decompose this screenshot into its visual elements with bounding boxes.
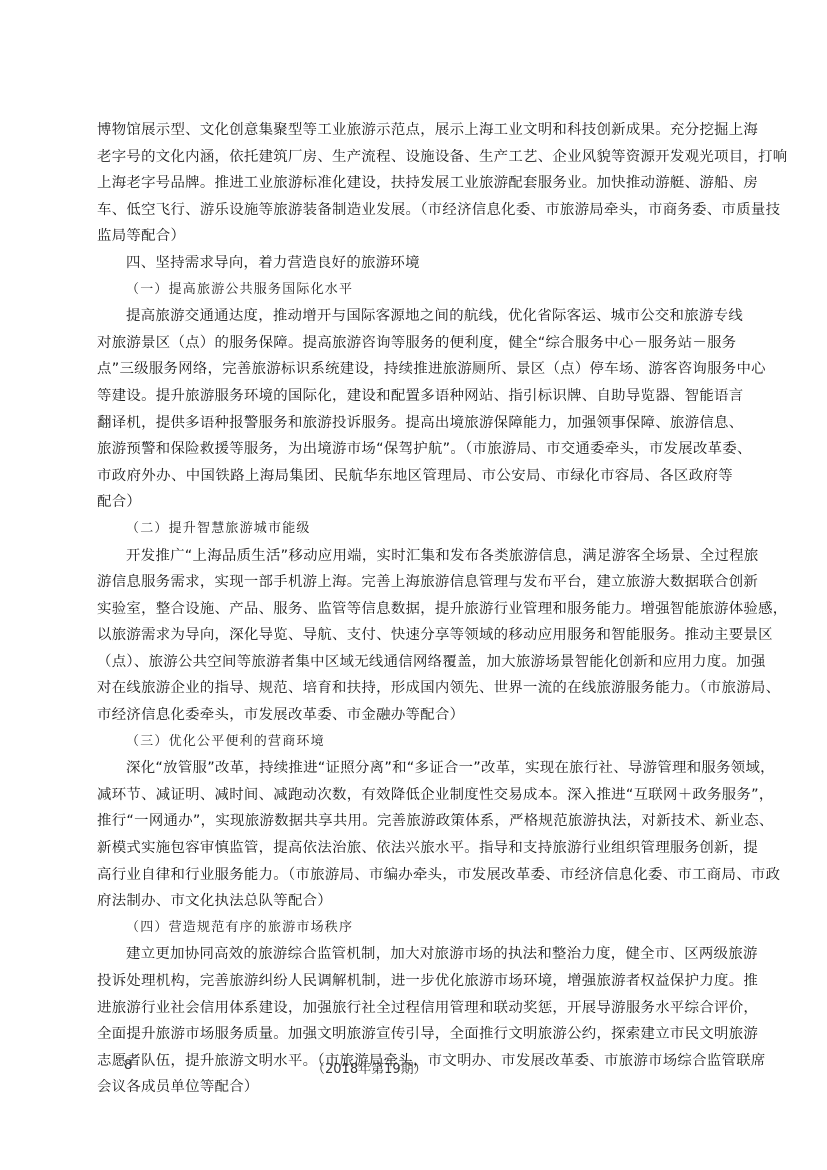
- text-line: 减环节、减证明、减时间、减跑动次数，有效降低企业制度性交易成本。深入推进“互联网…: [97, 782, 733, 809]
- text-line: 以旅游需求为导向，深化导览、导航、支付、快速分享等领域的移动应用服务和智能服务。…: [97, 622, 733, 649]
- text-line: 全面提升旅游市场服务质量。加强文明旅游宣传引导，全面推行文明旅游公约，探索建立市…: [97, 1021, 733, 1048]
- text-line: 对在线旅游企业的指导、规范、培育和扶持，形成国内领先、世界一流的在线旅游服务能力…: [97, 675, 733, 702]
- section-heading: 四、坚持需求导向，着力营造良好的旅游环境: [97, 250, 733, 277]
- text-line: 府法制办、市文化执法总队等配合）: [97, 888, 733, 915]
- text-line: 车、低空飞行、游乐设施等旅游装备制造业发展。（市经济信息化委、市旅游局牵头，市商…: [97, 197, 733, 224]
- subsection-heading: （三）优化公平便利的营商环境: [97, 729, 733, 756]
- page-number: 8: [124, 1058, 132, 1073]
- text-line: 老字号的文化内涵，依托建筑厂房、生产流程、设施设备、生产工艺、企业风貌等资源开发…: [97, 144, 733, 171]
- text-line: 游信息服务需求，实现一部手机游上海。完善上海旅游信息管理与发布平台，建立旅游大数…: [97, 569, 733, 596]
- document-body: 博物馆展示型、文化创意集聚型等工业旅游示范点，展示上海工业文明和科技创新成果。充…: [97, 117, 733, 1101]
- text-line: 实验室，整合设施、产品、服务、监管等信息数据，提升旅游行业管理和服务能力。增强智…: [97, 596, 733, 623]
- text-line: （点）、旅游公共空间等旅游者集中区域无线通信网络覆盖，加大旅游场景智能化创新和应…: [97, 649, 733, 676]
- paragraph-first-line: 开发推广“上海品质生活”移动应用端，实时汇集和发布各类旅游信息，满足游客全场景、…: [97, 543, 733, 570]
- issue-label: （2018年第19期）: [312, 1058, 427, 1077]
- document-page: 博物馆展示型、文化创意集聚型等工业旅游示范点，展示上海工业文明和科技创新成果。充…: [0, 0, 827, 1170]
- paragraph-first-line: 深化“放管服”改革，持续推进“证照分离”和“多证合一”改革，实现在旅行社、导游管…: [97, 755, 733, 782]
- text-line: 旅游预警和保险救援等服务，为出境游市场“保驾护航”。（市旅游局、市交通委牵头，市…: [97, 436, 733, 463]
- text-line: 市政府外办、中国铁路上海局集团、民航华东地区管理局、市公安局、市绿化市容局、各区…: [97, 463, 733, 490]
- paragraph-first-line: 提高旅游交通通达度，推动增开与国际客源地之间的航线，优化省际客运、城市公交和旅游…: [97, 303, 733, 330]
- subsection-heading: （四）营造规范有序的旅游市场秩序: [97, 915, 733, 942]
- text-line: 进旅游行业社会信用体系建设，加强旅行社全过程信用管理和联动奖惩，开展导游服务水平…: [97, 995, 733, 1022]
- text-line: 会议各成员单位等配合）: [97, 1074, 733, 1101]
- subsection-heading: （一）提高旅游公共服务国际化水平: [97, 277, 733, 304]
- paragraph-first-line: 建立更加协同高效的旅游综合监管机制，加大对旅游市场的执法和整治力度，健全市、区两…: [97, 941, 733, 968]
- subsection-heading: （二）提升智慧旅游城市能级: [97, 516, 733, 543]
- text-line: 推行“一网通办”，实现旅游数据共享共用。完善旅游政策体系，严格规范旅游执法，对新…: [97, 808, 733, 835]
- page-footer: 8 （2018年第19期）: [0, 1058, 827, 1078]
- text-line: 监局等配合）: [97, 223, 733, 250]
- text-line: 新模式实施包容审慎监管，提高依法治旅、依法兴旅水平。指导和支持旅游行业组织管理服…: [97, 835, 733, 862]
- text-line: 博物馆展示型、文化创意集聚型等工业旅游示范点，展示上海工业文明和科技创新成果。充…: [97, 117, 733, 144]
- text-line: 投诉处理机构，完善旅游纠纷人民调解机制，进一步优化旅游市场环境，增强旅游者权益保…: [97, 968, 733, 995]
- text-line: 等建设。提升旅游服务环境的国际化，建设和配置多语种网站、指引标识牌、自助导览器、…: [97, 383, 733, 410]
- text-line: 高行业自律和行业服务能力。（市旅游局、市编办牵头，市发展改革委、市经济信息化委、…: [97, 862, 733, 889]
- text-line: 配合）: [97, 489, 733, 516]
- text-line: 翻译机，提供多语种报警服务和旅游投诉服务。提高出境旅游保障能力，加强领事保障、旅…: [97, 410, 733, 437]
- text-line: 市经济信息化委牵头，市发展改革委、市金融办等配合）: [97, 702, 733, 729]
- text-line: 点”三级服务网络，完善旅游标识系统建设，持续推进旅游厕所、景区（点）停车场、游客…: [97, 356, 733, 383]
- text-line: 上海老字号品牌。推进工业旅游标准化建设，扶持发展工业旅游配套服务业。加快推动游艇…: [97, 170, 733, 197]
- text-line: 对旅游景区（点）的服务保障。提高旅游咨询等服务的便利度，健全“综合服务中心－服务…: [97, 330, 733, 357]
